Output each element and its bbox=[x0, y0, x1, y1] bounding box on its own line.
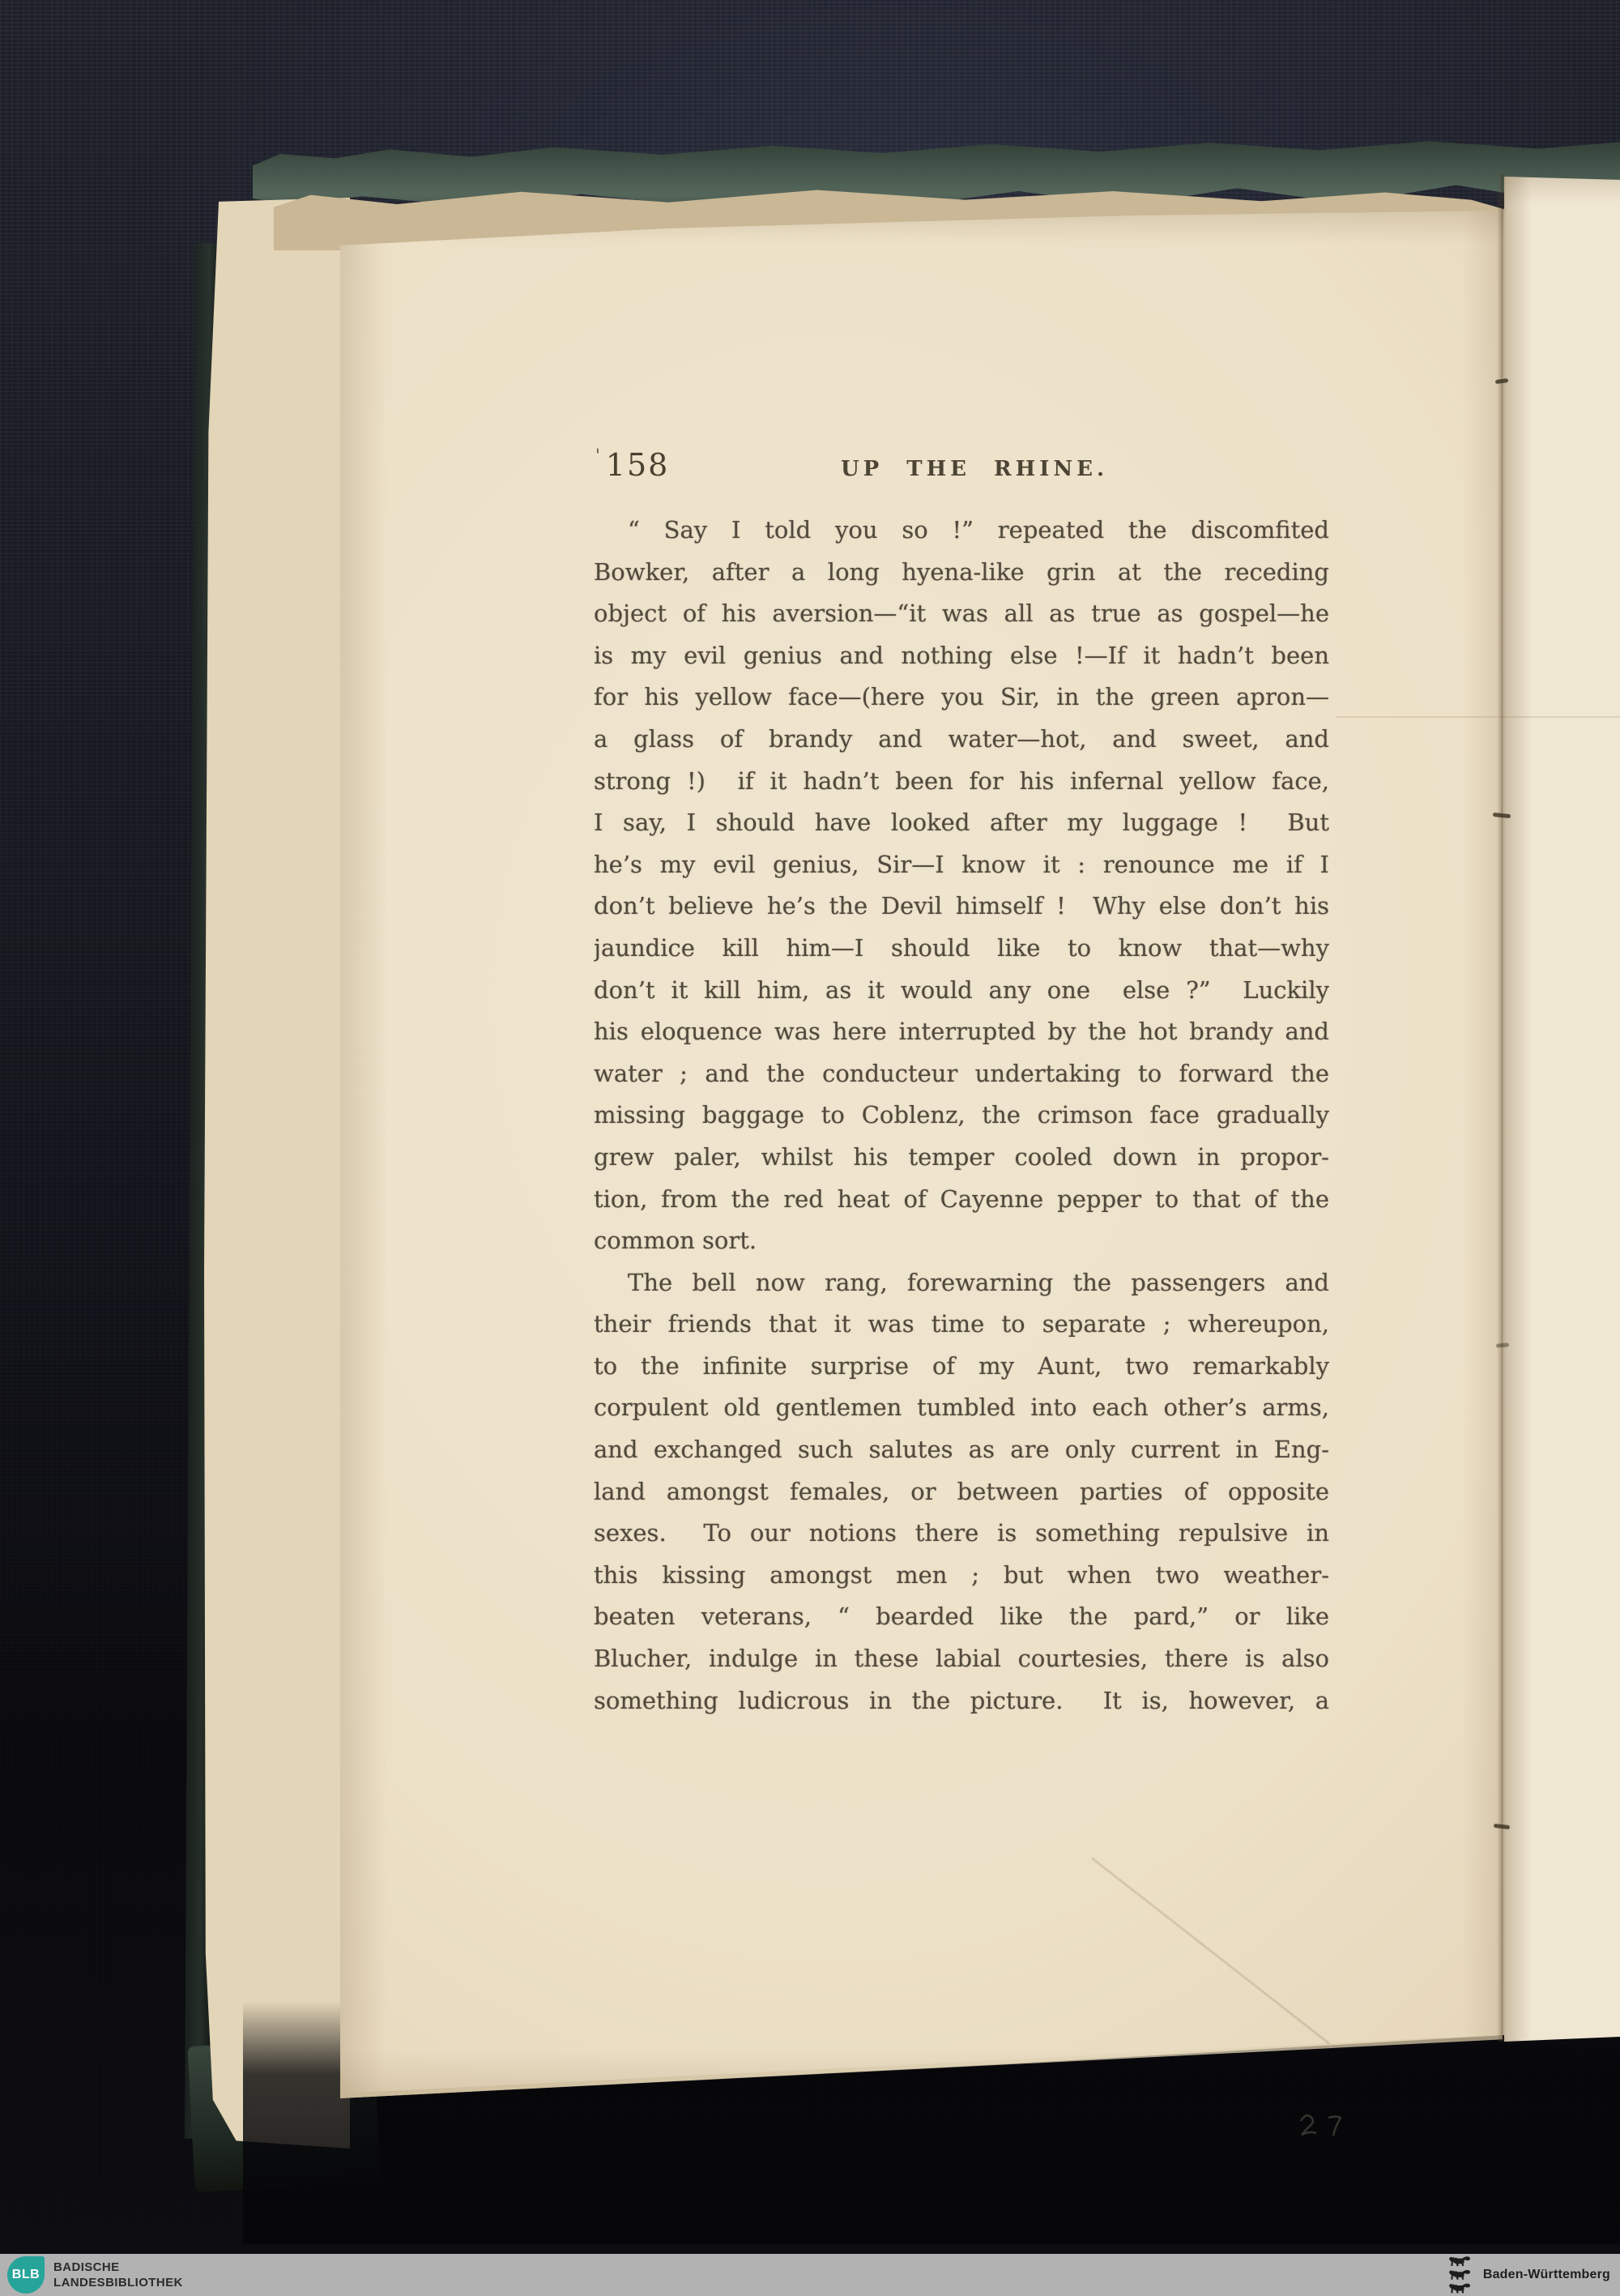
text-line: to the infinite surprise of my Aunt, two… bbox=[594, 1346, 1329, 1388]
text-line: is my evil genius and nothing else !—If … bbox=[594, 635, 1329, 677]
running-title: UP THE RHINE. bbox=[841, 457, 1108, 481]
three-lions-icon bbox=[1447, 2255, 1473, 2295]
page-header: '158 UP THE RHINE. bbox=[594, 437, 1329, 510]
text-line: don’t it kill him, as it would any one e… bbox=[594, 970, 1329, 1012]
text-line: a glass of brandy and water—hot, and swe… bbox=[594, 719, 1329, 761]
page-number: '158 bbox=[595, 446, 669, 483]
blb-roundel-icon: BLB bbox=[7, 2256, 45, 2294]
text-line: Blucher, indulge in these labial courtes… bbox=[594, 1638, 1329, 1680]
text-line: land amongst females, or between parties… bbox=[594, 1471, 1329, 1513]
text-line: water ; and the conducteur undertaking t… bbox=[594, 1053, 1329, 1095]
page-fold-crease bbox=[1336, 716, 1620, 718]
page-fore-edge-stack bbox=[204, 198, 350, 2149]
text-line: strong !) if it hadn’t been for his infe… bbox=[594, 761, 1329, 803]
text-line: something ludicrous in the picture. It i… bbox=[594, 1680, 1329, 1722]
text-line: common sort. bbox=[594, 1220, 1329, 1262]
text-line: and exchanged such salutes as are only c… bbox=[594, 1429, 1329, 1471]
text-line: tion, from the red heat of Cayenne peppe… bbox=[594, 1179, 1329, 1221]
text-line: for his yellow face—(here you Sir, in th… bbox=[594, 676, 1329, 719]
text-lines: “ Say I told you so !” repeated the disc… bbox=[594, 510, 1329, 1722]
page-text-block: '158 UP THE RHINE. “ Say I told you so !… bbox=[594, 437, 1329, 1722]
footer-bar: BLB BADISCHE LANDESBIBLIOTHEK Baden-Würt… bbox=[0, 2254, 1620, 2296]
library-name: BADISCHE LANDESBIBLIOTHEK bbox=[53, 2260, 183, 2290]
library-logo-abbr: BLB bbox=[12, 2268, 40, 2282]
text-line: don’t believe he’s the Devil himself ! W… bbox=[594, 886, 1329, 928]
gutter-crease bbox=[1497, 173, 1507, 2042]
text-line: grew paler, whilst his temper cooled dow… bbox=[594, 1137, 1329, 1179]
text-line: his eloquence was here interrupted by th… bbox=[594, 1011, 1329, 1053]
text-line: he’s my evil genius, Sir—I know it : ren… bbox=[594, 844, 1329, 886]
print-tick-mark: ' bbox=[595, 446, 602, 465]
text-line: Bowker, after a long hyena-like grin at … bbox=[594, 552, 1329, 594]
state-branding: Baden-Württemberg bbox=[1447, 2254, 1610, 2296]
library-name-line2: LANDESBIBLIOTHEK bbox=[53, 2275, 183, 2290]
library-name-line1: BADISCHE bbox=[53, 2260, 183, 2275]
text-line: sexes. To our notions there is something… bbox=[594, 1513, 1329, 1555]
text-line: missing baggage to Coblenz, the crimson … bbox=[594, 1095, 1329, 1137]
text-line: this kissing amongst men ; but when two … bbox=[594, 1555, 1329, 1597]
text-line: beaten veterans, “ bearded like the pard… bbox=[594, 1596, 1329, 1638]
text-line: jaundice kill him—I should like to know … bbox=[594, 928, 1329, 970]
text-line: object of his aversion—“it was all as tr… bbox=[594, 593, 1329, 635]
text-line: The bell now rang, forewarning the passe… bbox=[594, 1262, 1329, 1304]
text-line: “ Say I told you so !” repeated the disc… bbox=[594, 510, 1329, 552]
text-line: I say, I should have looked after my lug… bbox=[594, 802, 1329, 844]
state-label: Baden-Württemberg bbox=[1483, 2268, 1610, 2282]
digitized-book-scan: '158 UP THE RHINE. “ Say I told you so !… bbox=[0, 0, 1620, 2296]
pencil-marginalia bbox=[1293, 2106, 1349, 2144]
facing-page-beyond-gutter bbox=[1504, 172, 1620, 2045]
text-line: corpulent old gentlemen tumbled into eac… bbox=[594, 1387, 1329, 1429]
text-line: their friends that it was time to separa… bbox=[594, 1304, 1329, 1346]
